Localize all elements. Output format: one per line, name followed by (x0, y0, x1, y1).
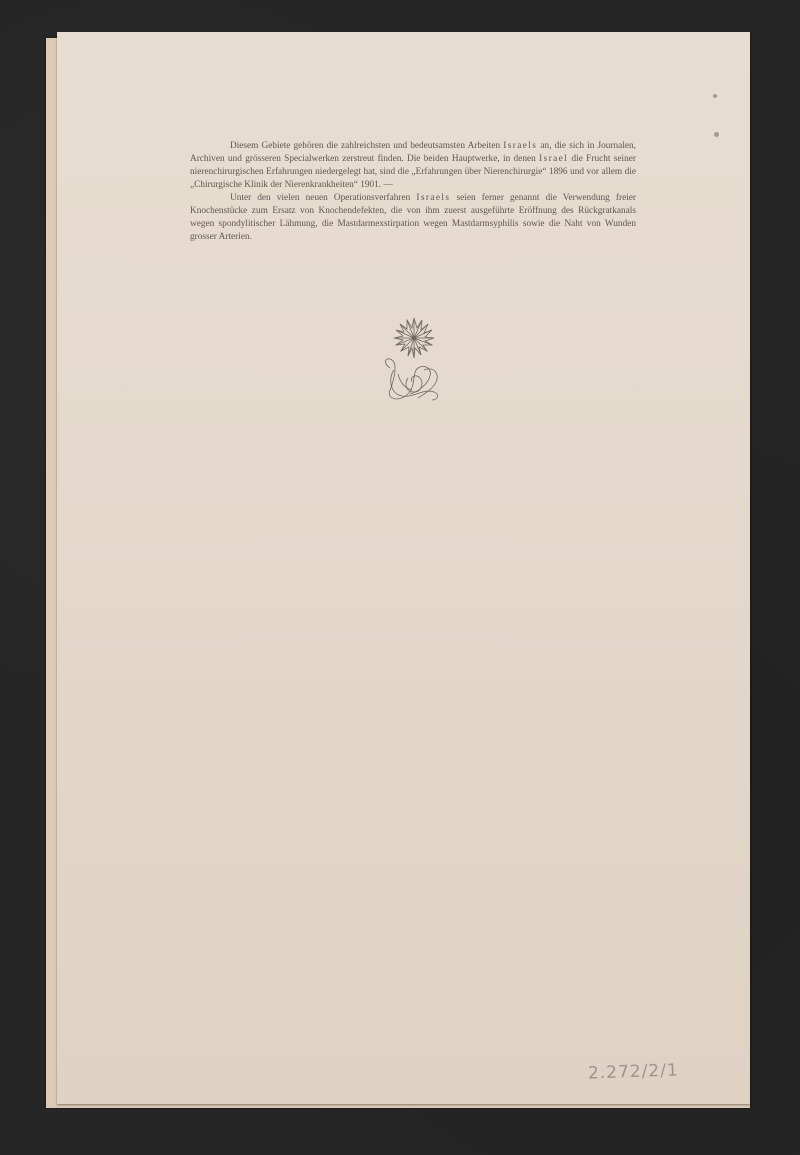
name-israels: Israels (416, 193, 450, 203)
archive-pencil-mark: 2.272/2/1 (588, 1060, 679, 1083)
body-text: Diesem Gebiete gehören die zahlreichsten… (190, 140, 636, 244)
text-segment: Unter den vielen neuen Operationsverfahr… (230, 193, 416, 203)
name-israel: Israel (539, 154, 568, 164)
paragraph-1: Diesem Gebiete gehören die zahlreichsten… (190, 140, 636, 192)
text-segment: Diesem Gebiete gehören die zahlreichsten… (230, 141, 503, 151)
name-israels: Israels (503, 141, 537, 151)
paper-stain (714, 132, 719, 137)
paragraph-2: Unter den vielen neuen Operationsverfahr… (190, 192, 636, 244)
paper-stain (713, 94, 717, 98)
chrysanthemum-monogram-icon (378, 308, 448, 408)
